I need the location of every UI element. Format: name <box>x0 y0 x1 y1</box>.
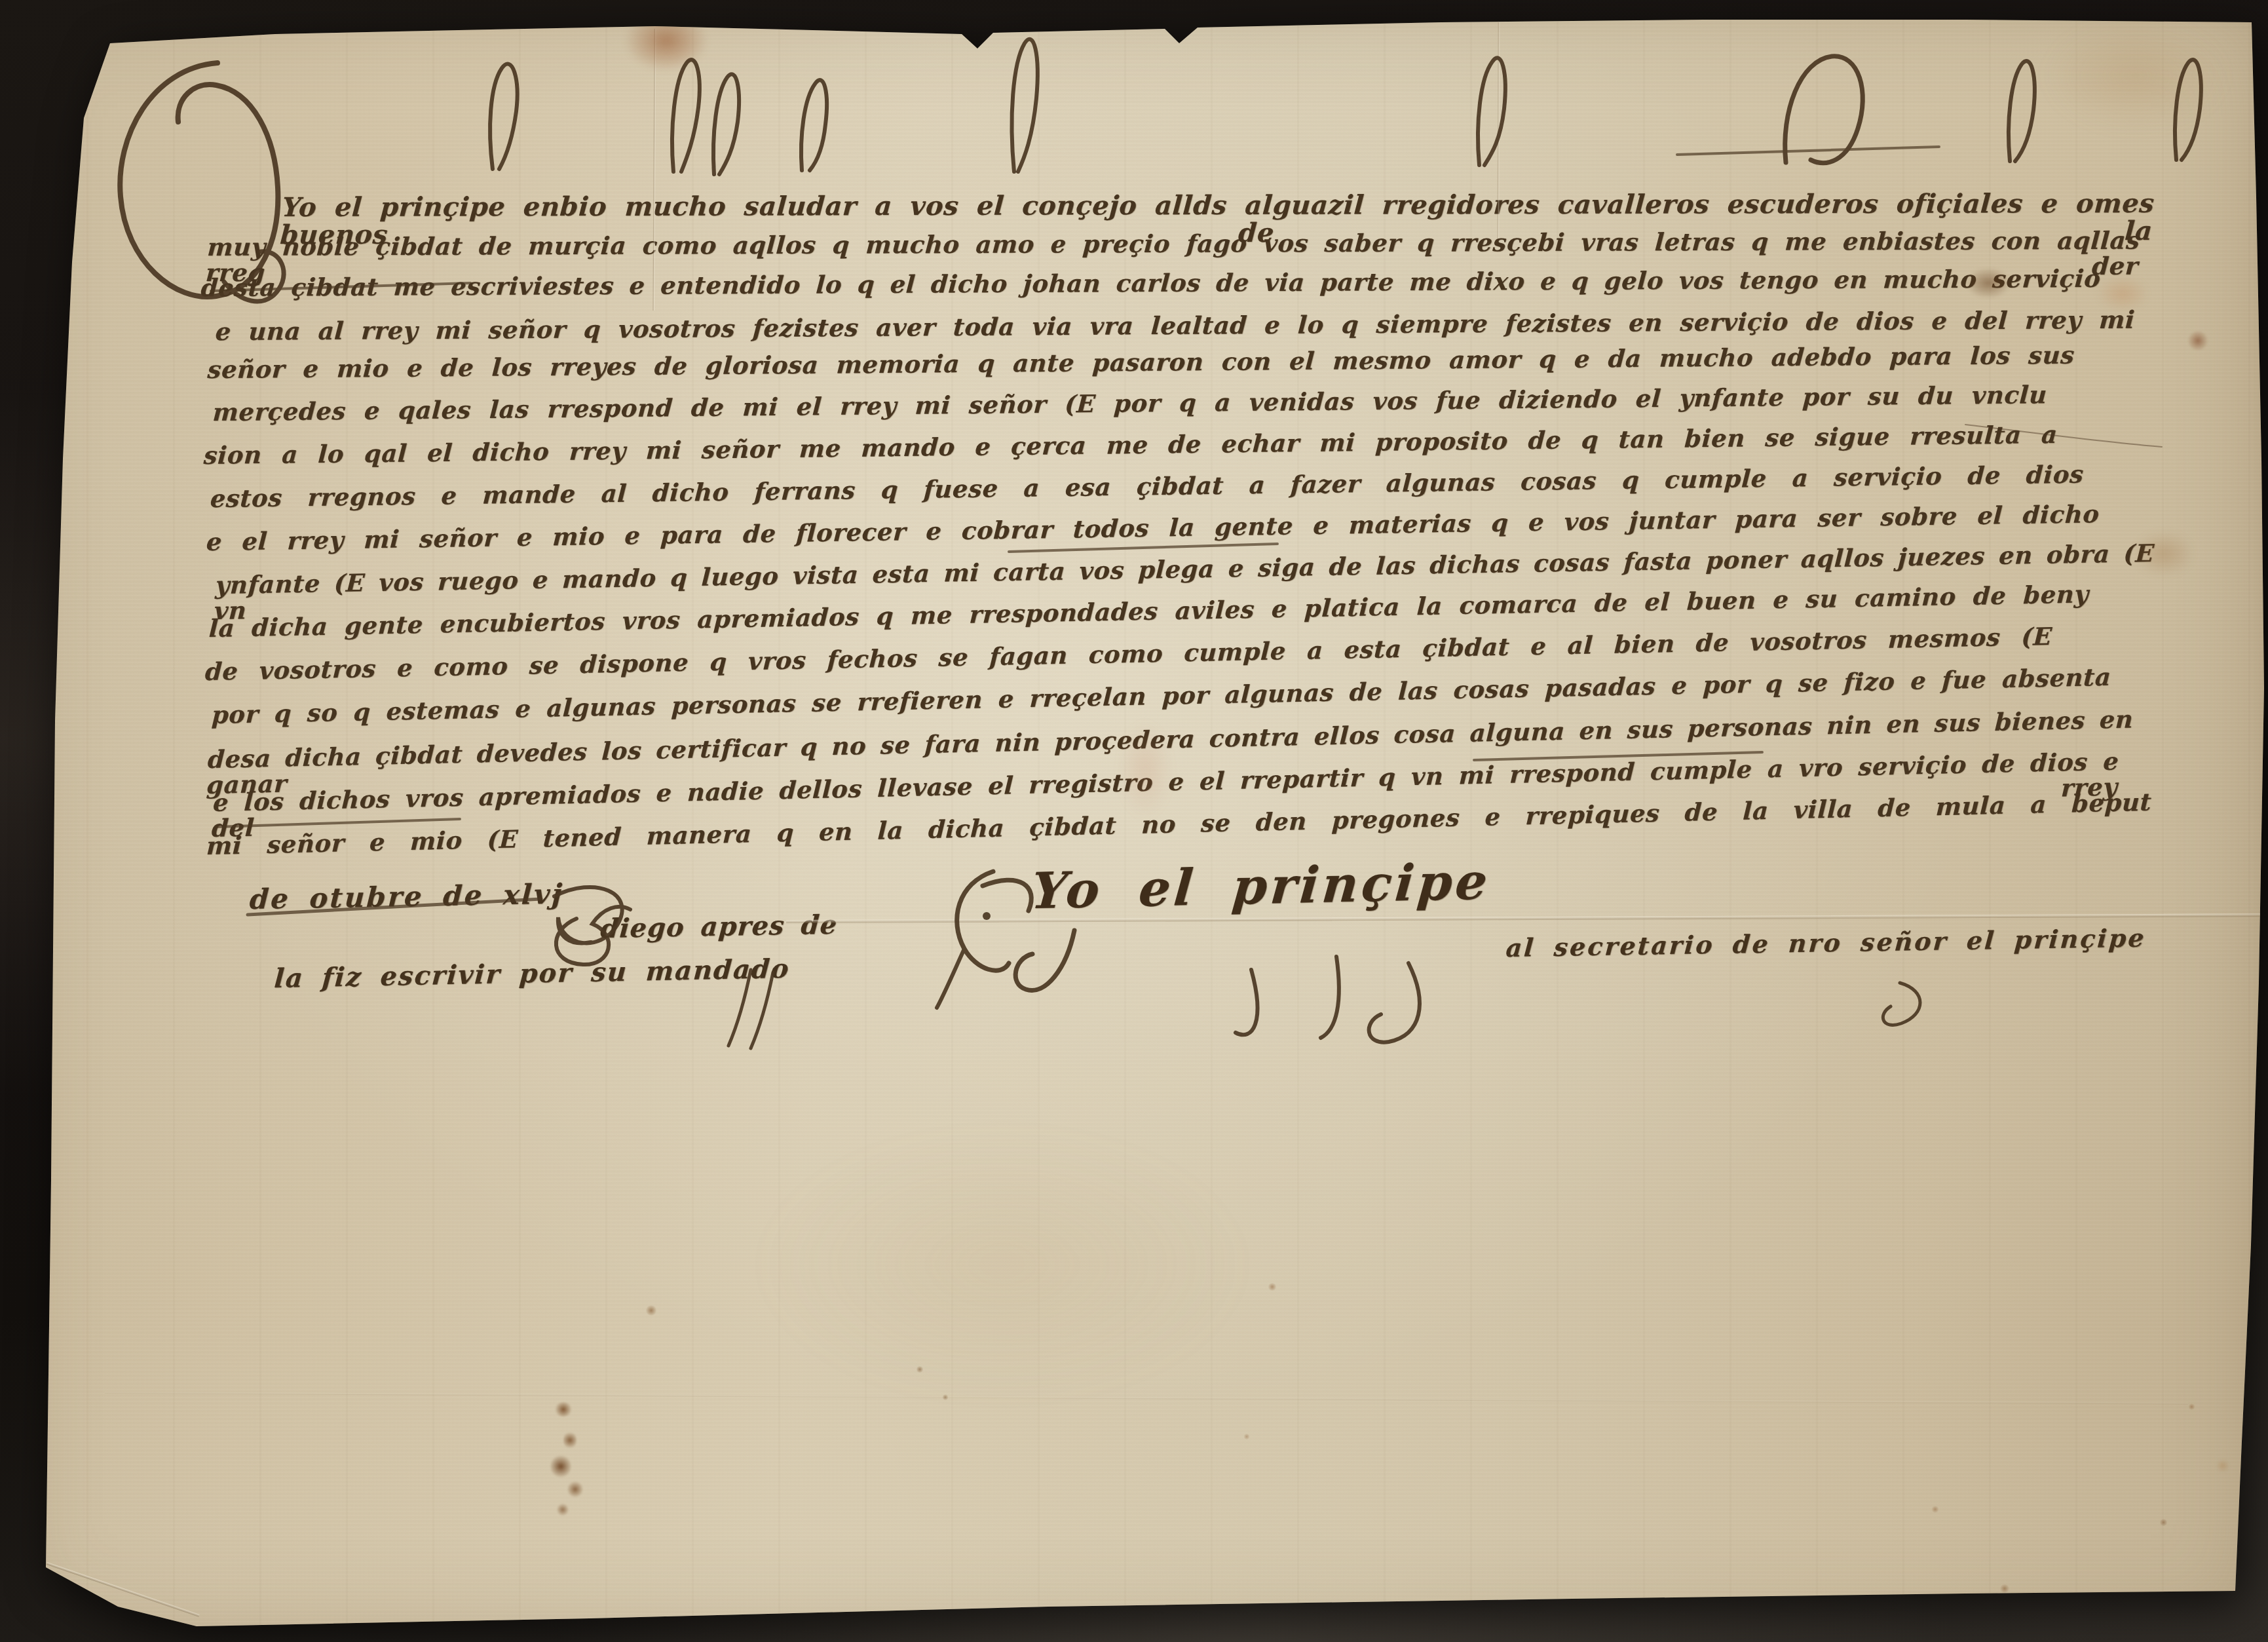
manuscript-line-9: e el rrey mi señor e mio e para de flore… <box>206 501 2100 555</box>
docket-rubric-flourish <box>1883 983 1920 1025</box>
royal-descender-loop <box>1015 930 1074 990</box>
foxing-4 <box>1999 1584 2010 1593</box>
mandado-slash-2 <box>751 972 773 1048</box>
hairline-scratch <box>1965 425 2162 447</box>
stain-right-mid <box>2132 531 2195 577</box>
ascender-flourish-3 <box>713 74 739 174</box>
docket-note: al secretario de nro señor el prinçipe <box>1505 926 2147 961</box>
pen-flourish-strokes <box>0 0 2268 1642</box>
date-strike-flourish <box>248 899 541 915</box>
stain-right-margin <box>2096 275 2149 312</box>
ink-drip-5 <box>557 1503 569 1516</box>
maroon-dot-left-edge <box>52 329 63 338</box>
ink-dot <box>645 1305 657 1316</box>
fold-crease-horizontal-faint <box>105 1392 2188 1405</box>
manuscript-line-1: Yo el prinçipe enbio mucho saludar a vos… <box>279 190 2155 249</box>
secretary-paraph-flourish <box>556 907 630 964</box>
corner-fold-crease <box>47 1562 200 1617</box>
manuscript-line-13: por q so q estemas e algunas personas se… <box>211 664 2111 728</box>
royal-cadel-tail <box>937 949 964 1008</box>
ink-smudge-right <box>1965 267 2011 299</box>
macron-stroke-1 <box>211 283 470 291</box>
foxing-6 <box>2216 1460 2230 1472</box>
macron-stroke-5 <box>1474 752 1762 760</box>
ink-drip-1 <box>554 1402 573 1417</box>
rust-dot-right <box>2187 331 2209 351</box>
dark-blob-bottom-edge-2 <box>2116 1592 2137 1607</box>
ascender-flourish-1 <box>490 64 518 169</box>
foxing-7 <box>2159 1519 2168 1526</box>
manuscript-page: Yo el prinçipe enbio mucho saludar a vos… <box>0 0 2268 1642</box>
manuscript-line-15: e los dichos vros apremiados e nadie del… <box>211 749 2119 841</box>
fold-crease-vertical-1 <box>652 29 656 311</box>
date-line: de otubre de xlvj <box>249 881 565 913</box>
mandado-slash-1 <box>728 970 751 1046</box>
royal-signature-tail-3 <box>1369 963 1420 1042</box>
cadel-initial-hook <box>224 252 284 301</box>
fold-crease-vertical-2 <box>1497 22 1500 239</box>
ascender-loop-flourish <box>1785 56 1863 163</box>
royal-cadel-flourish-2 <box>983 880 1031 911</box>
warm-tone-top-right <box>2044 20 2227 131</box>
ink-drip-2 <box>563 1431 576 1449</box>
foxing-5 <box>2188 1403 2195 1410</box>
manuscript-page-wrap: Yo el prinçipe enbio mucho saludar a vos… <box>0 0 2268 1642</box>
manuscript-line-5: señor e mio e de los rreyes de gloriosa … <box>207 343 2075 383</box>
pink-patch-center <box>1119 721 1171 819</box>
manuscript-line-8: estos rregnos e mande al dicho ferrans q… <box>210 462 2085 512</box>
macron-stroke-4 <box>1677 147 1939 155</box>
secretary-formula-line: la fiz escrivir por su mandado <box>273 956 791 992</box>
date-paraph-flourish <box>554 887 622 943</box>
royal-signature-tail-2 <box>1321 957 1339 1038</box>
royal-signature: Yo el prinçipe <box>1030 856 1493 916</box>
manuscript-line-4: e una al rrey mi señor q vosotros fezist… <box>215 307 2136 345</box>
manuscript-line-6: merçedes e qales las rrespond de mi el r… <box>212 382 2048 425</box>
secretary-name-line: diego apres de <box>599 912 838 942</box>
royal-signature-tail-1 <box>1236 970 1257 1035</box>
speck-2 <box>942 1394 949 1400</box>
rust-stain-top-edge <box>624 9 709 72</box>
manuscript-line-2: muy noble çibdat de murçia como aqllos q… <box>205 228 2141 286</box>
manuscript-line-16: mi señor e mio (E tened manera q en la d… <box>206 790 2152 859</box>
ink-drip-3 <box>550 1455 571 1478</box>
ascender-flourish-2 <box>672 60 700 172</box>
fold-crease-horizontal <box>786 913 2260 923</box>
ink-drip-4 <box>567 1481 583 1498</box>
manuscript-line-3: desta çibdat me escriviestes e entendido… <box>200 266 2101 301</box>
water-stain-lower-center <box>753 1127 1251 1402</box>
ascender-flourish-4 <box>801 80 827 170</box>
cadel-initial-flourish <box>120 63 278 297</box>
royal-cadel-flourish-1 <box>957 871 1009 970</box>
speck-1 <box>916 1366 924 1373</box>
macron-stroke-3 <box>1009 544 1277 552</box>
foxing-3 <box>1931 1506 1939 1513</box>
manuscript-line-7: sion a lo qal el dicho rrey mi señor me … <box>203 422 2058 468</box>
manuscript-line-11: la dicha gente encubiertos vros apremiad… <box>208 581 2090 641</box>
manuscript-line-12: de vosotros e como se dispone q vros fec… <box>204 624 2052 685</box>
ascender-flourish-6 <box>1478 58 1505 165</box>
dark-blob-bottom-edge-1 <box>1511 1607 1529 1620</box>
ascender-flourish-8 <box>2175 60 2201 160</box>
ascender-flourish-5 <box>1012 39 1038 172</box>
manuscript-line-14: desa dicha çibdat devedes los certificar… <box>206 706 2134 797</box>
ascender-flourish-7 <box>2009 61 2035 161</box>
macron-stroke-2 <box>216 819 460 827</box>
foxing-1 <box>1268 1283 1277 1291</box>
foxing-2 <box>1243 1434 1250 1440</box>
royal-cadel-dot <box>983 912 991 920</box>
manuscript-line-10: ynfante (E vos ruego e mando q luego vis… <box>214 541 2155 624</box>
